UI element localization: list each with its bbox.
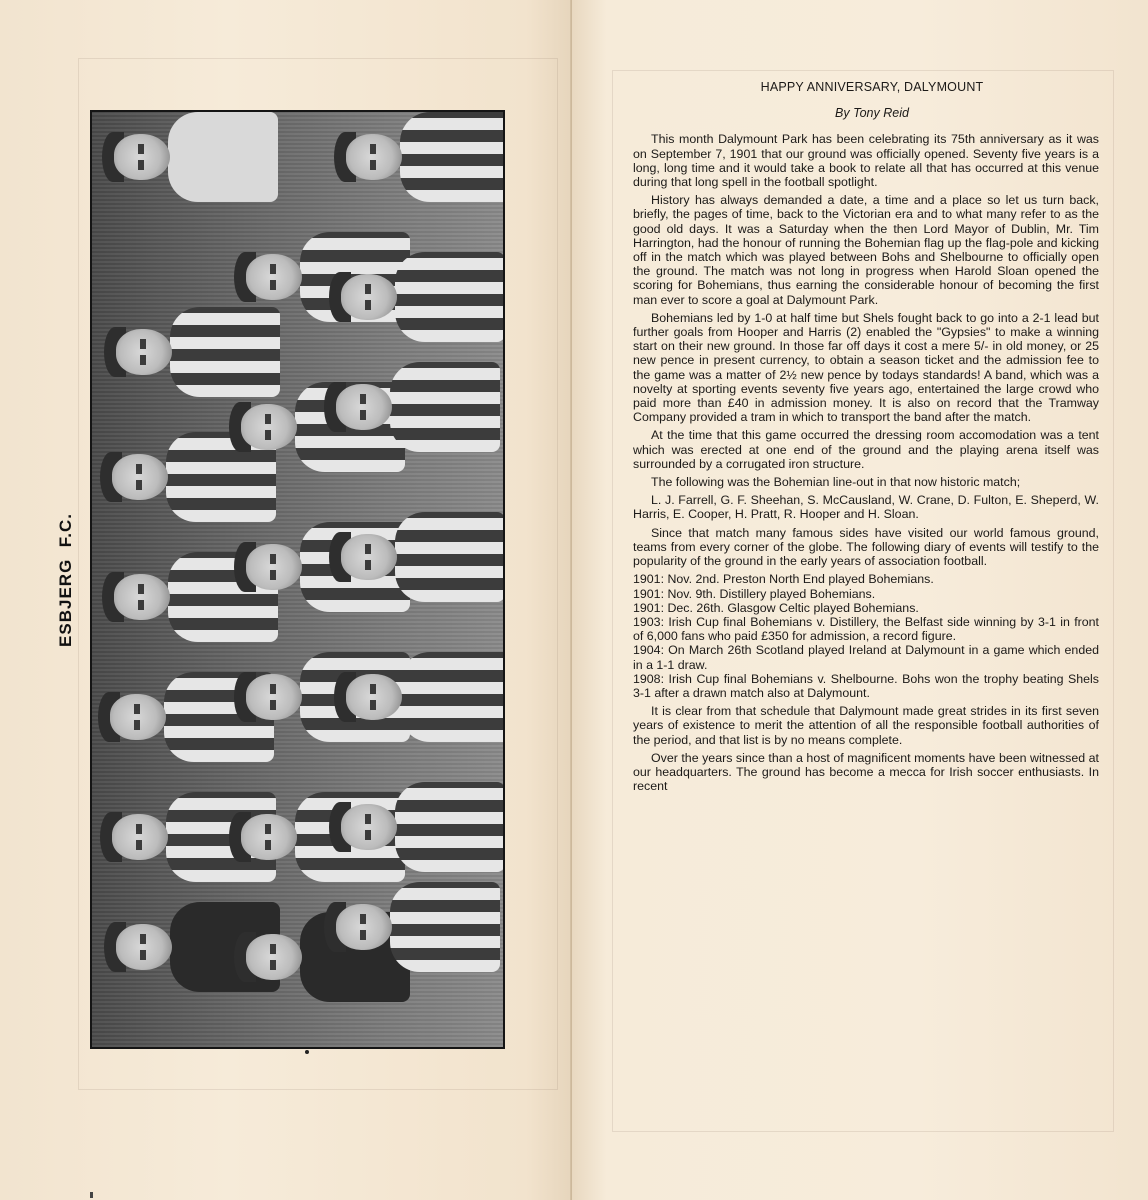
article-byline: By Tony Reid	[633, 106, 1099, 120]
team-photo	[90, 110, 505, 1049]
diary-entry: 1901: Nov. 9th. Distillery played Bohemi…	[633, 587, 1099, 601]
player-face	[110, 694, 166, 740]
player-shirt	[390, 882, 500, 972]
player-shirt	[170, 307, 280, 397]
player-shirt	[168, 112, 278, 202]
player-face	[341, 804, 397, 850]
article-paragraph: Over the years since than a host of magn…	[633, 751, 1099, 794]
player-face	[116, 924, 172, 970]
left-page: ESBJERG F.C.	[0, 0, 572, 1200]
article-title: HAPPY ANNIVERSARY, DALYMOUNT	[633, 80, 1099, 94]
article-paragraph: The following was the Bohemian line-out …	[633, 475, 1099, 489]
article-paragraph: Since that match many famous sides have …	[633, 526, 1099, 569]
print-mark	[305, 1050, 309, 1054]
programme-spread: ESBJERG F.C. HAPPY ANNIVERSARY, DALYMOUN…	[0, 0, 1148, 1200]
diary-of-events: 1901: Nov. 2nd. Preston North End played…	[633, 572, 1099, 700]
team-caption: ESBJERG F.C.	[56, 513, 76, 647]
player-face	[246, 674, 302, 720]
diary-entry: 1901: Dec. 26th. Glasgow Celtic played B…	[633, 601, 1099, 615]
player-shirt	[400, 112, 505, 202]
player-face	[336, 384, 392, 430]
player-face	[346, 674, 402, 720]
player-shirt	[390, 362, 500, 452]
article-paragraph: Bohemians led by 1-0 at half time but Sh…	[633, 311, 1099, 425]
diary-entry: 1904: On March 26th Scotland played Irel…	[633, 643, 1099, 671]
diary-entry: 1901: Nov. 2nd. Preston North End played…	[633, 572, 1099, 586]
player-shirt	[395, 512, 505, 602]
player-face	[341, 274, 397, 320]
diary-entry: 1903: Irish Cup final Bohemians v. Disti…	[633, 615, 1099, 643]
player-face	[246, 934, 302, 980]
player-face	[346, 134, 402, 180]
article-paragraph: This month Dalymount Park has been celeb…	[633, 132, 1099, 189]
player-face	[241, 404, 297, 450]
player-face	[112, 454, 168, 500]
player-face	[116, 329, 172, 375]
player-face	[336, 904, 392, 950]
player-shirt	[395, 252, 505, 342]
article-paragraph: It is clear from that schedule that Daly…	[633, 704, 1099, 747]
paper-speck	[90, 1192, 93, 1198]
lineup-list: L. J. Farrell, G. F. Sheehan, S. McCausl…	[633, 493, 1099, 521]
diary-entry: 1908: Irish Cup final Bohemians v. Shelb…	[633, 672, 1099, 700]
player-face	[112, 814, 168, 860]
player-face	[246, 254, 302, 300]
article-paragraph: History has always demanded a date, a ti…	[633, 193, 1099, 307]
player-face	[341, 534, 397, 580]
player-shirt	[400, 652, 505, 742]
player-face	[114, 574, 170, 620]
player-face	[114, 134, 170, 180]
article: HAPPY ANNIVERSARY, DALYMOUNT By Tony Rei…	[633, 80, 1099, 797]
player-face	[246, 544, 302, 590]
player-face	[241, 814, 297, 860]
player-shirt	[395, 782, 505, 872]
article-paragraph: At the time that this game occurred the …	[633, 428, 1099, 471]
